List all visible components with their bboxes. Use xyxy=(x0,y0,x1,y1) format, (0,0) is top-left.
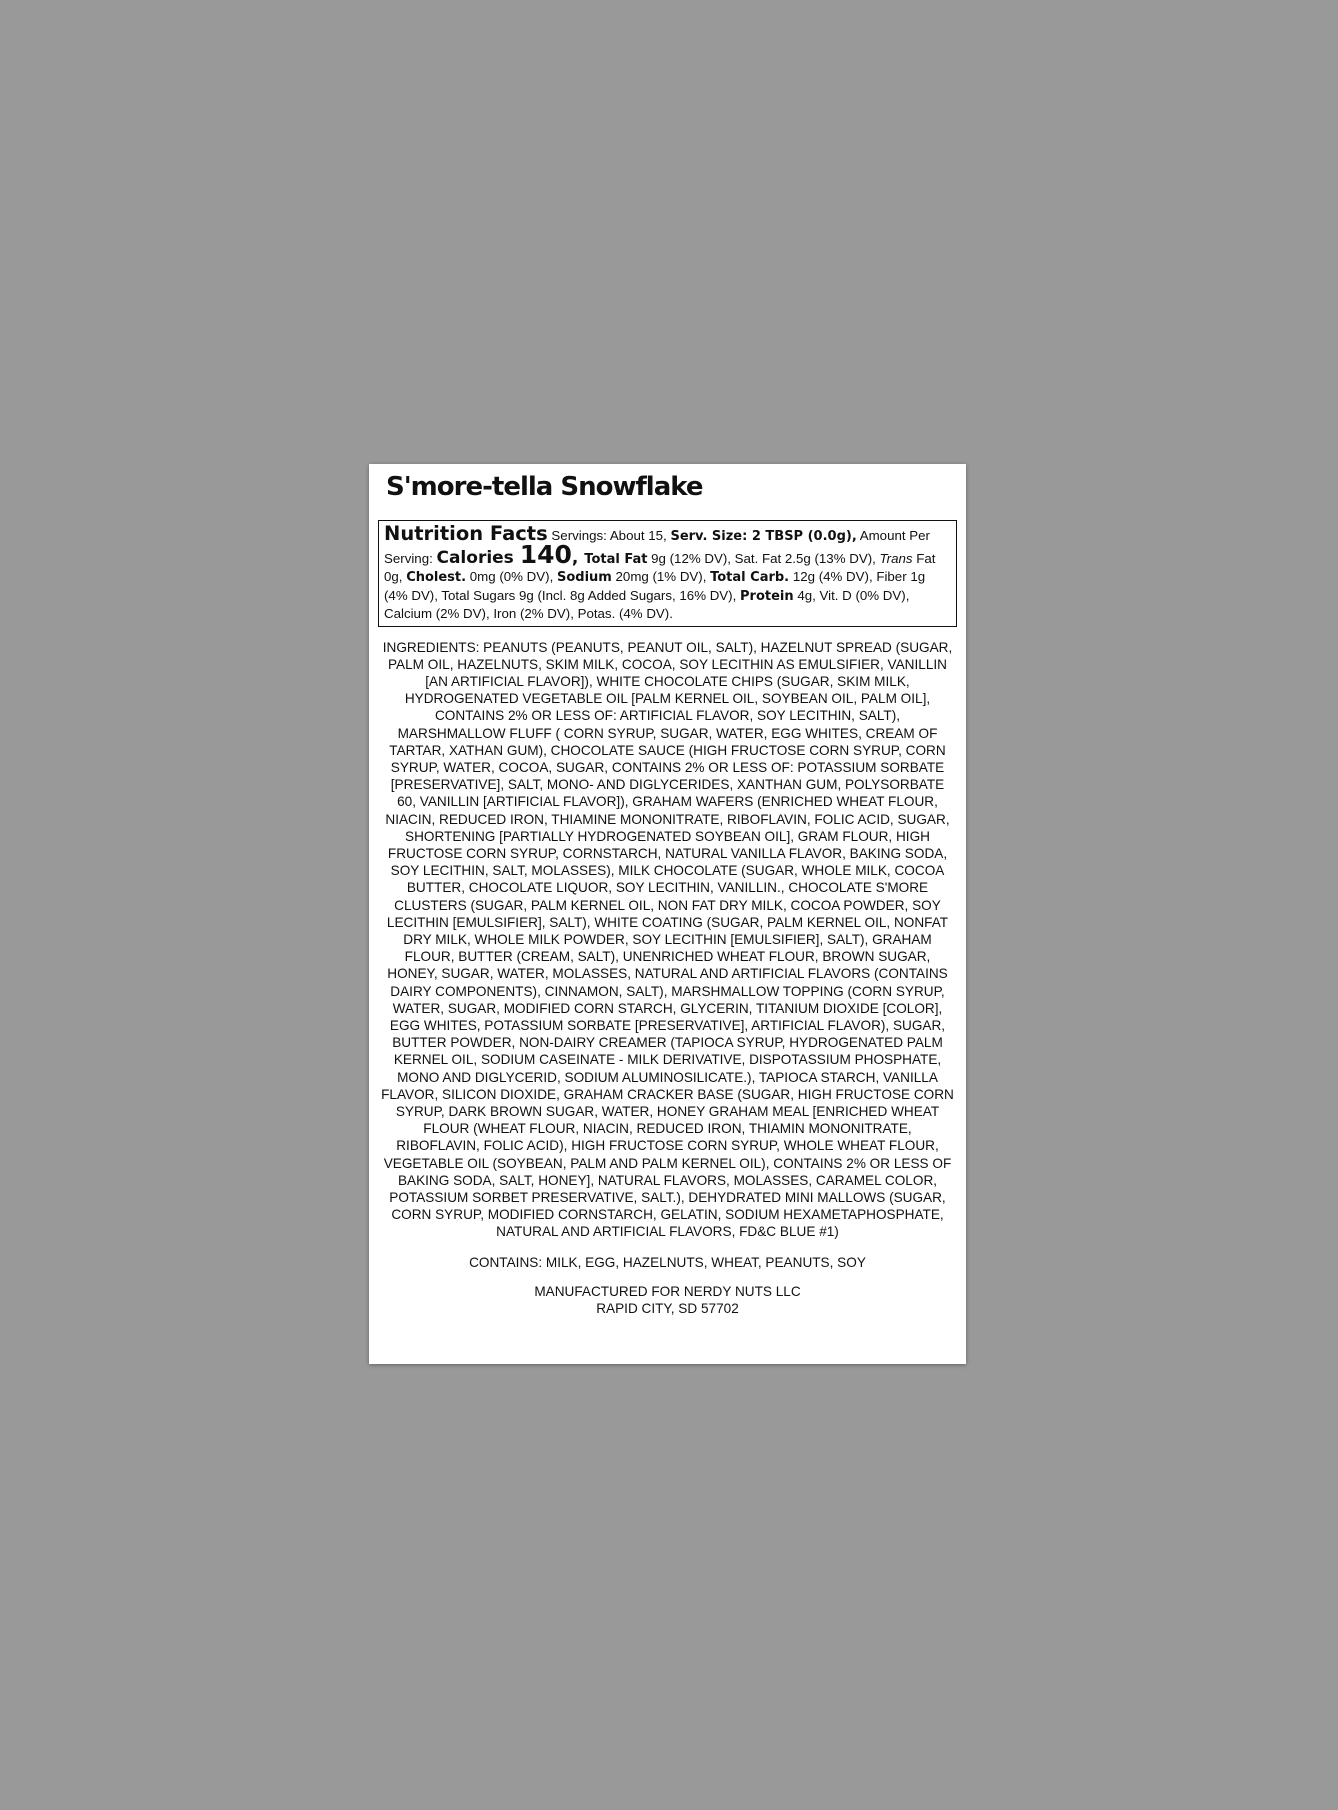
total-carb-label: Total Carb. xyxy=(710,570,789,585)
protein-label: Protein xyxy=(740,589,794,604)
manufacturer-info: MANUFACTURED FOR NERDY NUTS LLC RAPID CI… xyxy=(378,1283,957,1317)
cholesterol-label: Cholest. xyxy=(406,570,466,585)
calories-label: Calories xyxy=(436,548,519,568)
total-fat-label: Total Fat xyxy=(584,552,647,567)
product-label-card: S'more-tella Snowflake Nutrition Facts S… xyxy=(369,464,966,1364)
nutrition-facts-panel: Nutrition Facts Servings: About 15, Serv… xyxy=(378,520,957,627)
sodium-label: Sodium xyxy=(557,570,612,585)
product-title: S'more-tella Snowflake xyxy=(386,470,957,504)
cholesterol-value: 0mg (0% DV), xyxy=(466,569,557,584)
trans-label: Trans xyxy=(880,551,913,566)
manufacturer-address: RAPID CITY, SD 57702 xyxy=(378,1300,957,1317)
manufacturer-name: MANUFACTURED FOR NERDY NUTS LLC xyxy=(378,1283,957,1300)
calories-value: 140 xyxy=(520,540,572,569)
serving-size: Serv. Size: 2 TBSP (0.0g), xyxy=(670,529,856,544)
total-fat-value: 9g (12% DV), Sat. Fat 2.5g (13% DV), xyxy=(647,551,879,566)
calories-separator: , xyxy=(572,548,584,568)
allergen-statement: CONTAINS: MILK, EGG, HAZELNUTS, WHEAT, P… xyxy=(378,1254,957,1271)
sodium-value: 20mg (1% DV), xyxy=(612,569,710,584)
ingredients-list: INGREDIENTS: PEANUTS (PEANUTS, PEANUT OI… xyxy=(380,639,955,1241)
